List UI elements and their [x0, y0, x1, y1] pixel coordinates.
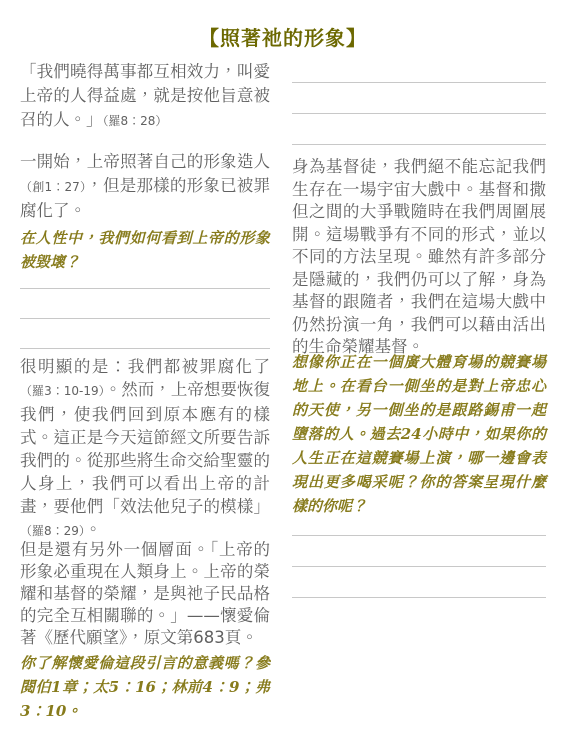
paragraph-text: 。 [85, 520, 102, 539]
bible-reference: （羅8：28） [103, 114, 168, 128]
answer-line [292, 536, 546, 567]
answer-line [292, 567, 546, 598]
worksheet-page: 【照著祂的形象】 「我們曉得萬事都互相效力，叫愛上帝的人得益處，就是按他旨意被召… [0, 0, 566, 744]
reflection-question-2: 你了解懷愛倫這段引言的意義嗎？參閱伯1章；太5：16；林前4：9；弗3：10。 [20, 651, 270, 723]
ellen-white-quote-paragraph: 但是還有另外一個層面。「上帝的形象必重現在人類身上。上帝的榮耀和基督的榮耀，是與… [20, 539, 270, 649]
bible-reference: （創1：27） [20, 180, 86, 194]
answer-line [292, 505, 546, 536]
answer-line [292, 52, 546, 83]
answer-lines-group-2 [292, 52, 546, 145]
right-column: 身為基督徒，我們絕不能忘記我們生存在一場宇宙大戲中。基督和撒但之間的大爭戰隨時在… [292, 0, 546, 744]
bible-reference: （羅8：29） [20, 524, 85, 538]
restoration-paragraph: 很明顯的是：我們都被罪腐化了（羅3：10-19）。然而，上帝想要恢復我們，使我們… [20, 355, 270, 543]
bible-reference: （羅3：10-19） [20, 384, 105, 398]
left-column: 「我們曉得萬事都互相效力，叫愛上帝的人得益處，就是按他旨意被召的人。」（羅8：2… [20, 0, 270, 744]
answer-line [20, 259, 270, 289]
answer-line [292, 114, 546, 145]
answer-line [20, 289, 270, 319]
paragraph-text: 。然而，上帝想要恢復我們，使我們回到原本應有的樣式。這正是今天這節經文所要告訴我… [20, 380, 270, 516]
creation-image-paragraph: 一開始，上帝照著自己的形象造人（創1：27），但是那樣的形象已被罪腐化了。 [20, 150, 270, 223]
answer-lines-group-1 [20, 259, 270, 349]
answer-line [292, 83, 546, 114]
cosmic-drama-paragraph: 身為基督徒，我們絕不能忘記我們生存在一場宇宙大戲中。基督和撒但之間的大爭戰隨時在… [292, 156, 546, 359]
reflection-question-3: 想像你正在一個廣大體育場的競賽場地上。在看台一側坐的是對上帝忠心的天使，另一側坐… [292, 350, 546, 518]
answer-line [20, 319, 270, 349]
paragraph-text: 很明顯的是：我們都被罪腐化了 [20, 357, 270, 376]
answer-lines-group-3 [292, 505, 546, 598]
paragraph-text: 一開始，上帝照著自己的形象造人 [20, 152, 270, 171]
scripture-quote-paragraph: 「我們曉得萬事都互相效力，叫愛上帝的人得益處，就是按他旨意被召的人。」（羅8：2… [20, 60, 270, 133]
